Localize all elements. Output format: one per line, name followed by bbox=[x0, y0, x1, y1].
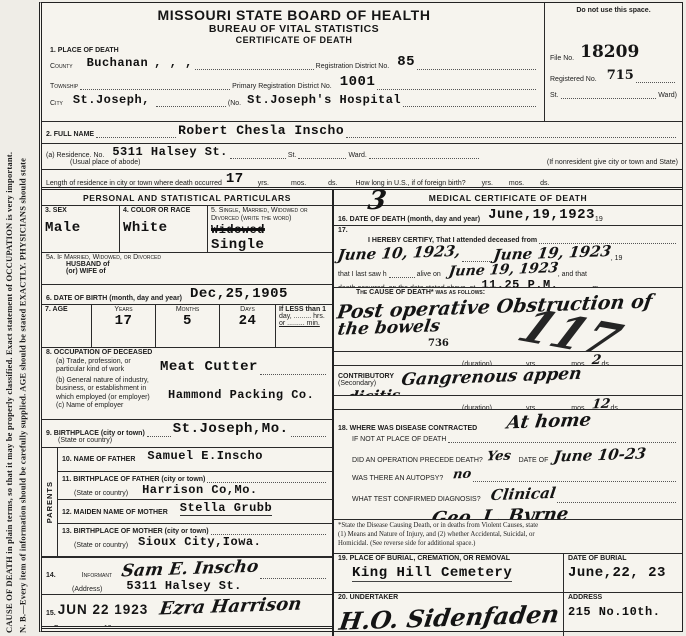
dob-value: Dec,25,1905 bbox=[190, 286, 288, 302]
undertaker-address-label: ADDRESS bbox=[568, 594, 678, 601]
length-ds-label: ds. bbox=[328, 180, 337, 187]
residence-label: (a) Residence. No. bbox=[46, 152, 104, 159]
father-row: 10. NAME OF FATHER Samuel E.Inscho bbox=[58, 448, 332, 472]
file-no-line: File No. 18209 bbox=[550, 42, 677, 62]
township-line: Township Primary Registration District N… bbox=[50, 74, 538, 90]
birthplace-label: 9. BIRTHPLACE (city or town) bbox=[46, 430, 145, 437]
margin-note: N. B.—Every item of information should b… bbox=[1, 0, 37, 636]
title-board: MISSOURI STATE BOARD OF HEALTH bbox=[50, 7, 538, 23]
residence-ward-label: Ward. bbox=[348, 152, 366, 159]
residence-value: 5311 Halsey St. bbox=[112, 145, 228, 159]
dod-row: 16. DATE OF DEATH (month, day and year) … bbox=[334, 206, 682, 226]
mother-bp-value: Sioux City,Iowa. bbox=[138, 535, 261, 549]
header-main: MISSOURI STATE BOARD OF HEALTH BUREAU OF… bbox=[42, 3, 544, 121]
mother-bp-label: 13. BIRTHPLACE OF MOTHER (city or town) bbox=[62, 528, 209, 535]
cause-duration-row: (duration) yrs. mos. 2 ds. bbox=[334, 352, 682, 366]
contributory-duration-row: (duration) yrs. mos. 12 ds. bbox=[334, 396, 682, 410]
marital-cell: 5. Single, Married, Widowed or Divorced … bbox=[208, 206, 332, 252]
father-bp-label: 11. BIRTHPLACE OF FATHER (city or town) bbox=[62, 476, 205, 483]
occ-b-label1: (b) General nature of industry, bbox=[56, 377, 168, 385]
contributory-line2: dicitis bbox=[347, 386, 402, 396]
no-paren-label: (No. bbox=[228, 100, 241, 107]
father-label: 10. NAME OF FATHER bbox=[62, 456, 135, 463]
full-name-value: Robert Chesla Inscho bbox=[178, 123, 344, 138]
occupation-row: 8. OCCUPATION OF DECEASED (a) Trade, pro… bbox=[42, 348, 332, 420]
occ-a-label2: particular kind of work bbox=[56, 366, 160, 374]
if-not-label: IF NOT AT PLACE OF DEATH bbox=[352, 436, 446, 443]
occ-b-label3: which employed (or employer) bbox=[56, 394, 168, 402]
test-value: Clinical bbox=[489, 484, 556, 504]
signed-value: Geo. L. Byrne bbox=[431, 504, 571, 520]
less-line3: or ......... min. bbox=[279, 320, 329, 327]
marital-value: Single bbox=[211, 237, 329, 253]
filed-stamp: JUN 22 1923 bbox=[58, 602, 149, 617]
city-value: St.Joseph, bbox=[73, 93, 150, 107]
medical-column: 3 MEDICAL CERTIFICATE OF DEATH 16. DATE … bbox=[334, 190, 682, 636]
informant-label: Informant bbox=[82, 572, 112, 579]
birthplace-row: 9. BIRTHPLACE (city or town) St.Joseph,M… bbox=[42, 420, 332, 448]
filed-row: 15. JUN 22 1923 Ezra Harrison Filed 19 R… bbox=[42, 595, 332, 629]
occ-b-label2: business, or establishment in bbox=[56, 385, 168, 393]
footnote-line1: *State the Disease Causing Death, or in … bbox=[338, 521, 678, 530]
operation-date-value: June 10-23 bbox=[553, 444, 648, 465]
operation-label: DID AN OPERATION PRECEDE DEATH? bbox=[352, 457, 483, 464]
nonresident-label: (If nonresident give city or town and St… bbox=[547, 159, 678, 166]
m5a-husband-label: HUSBAND of bbox=[66, 261, 328, 268]
dob-row: 6. DATE OF BIRTH (month, day and year) D… bbox=[42, 285, 332, 305]
length-yrs-label: yrs. bbox=[258, 180, 269, 187]
informant-signature: Sam E. Inscho bbox=[120, 557, 260, 581]
dob-label: 6. DATE OF BIRTH (month, day and year) bbox=[46, 295, 182, 302]
do-not-use-label: Do not use this space. bbox=[550, 7, 677, 14]
length-mos-label: mos. bbox=[291, 180, 306, 187]
father-bp-state-label: (State or country) bbox=[74, 490, 128, 497]
undertaker-signature: H.O. Sidenfaden bbox=[337, 599, 561, 636]
city-label: City bbox=[50, 100, 63, 107]
m5a-wife-label: (or) WIFE of bbox=[66, 268, 328, 275]
age-row: 7. AGE Years 17 Months 5 Days 24 bbox=[42, 305, 332, 348]
operation-value: Yes bbox=[486, 449, 512, 465]
attended-from-value: June 10, 1923, bbox=[336, 242, 461, 264]
dod-label: 16. DATE OF DEATH (month, day and year) bbox=[338, 216, 480, 223]
undertaker-address-value: 215 No.10th. bbox=[568, 605, 678, 619]
abode-label: (Usual place of abode) bbox=[70, 159, 140, 166]
filed-no: 15. bbox=[46, 610, 56, 617]
primary-district-value: 1001 bbox=[340, 74, 376, 90]
father-bp-value: Harrison Co,Mo. bbox=[142, 483, 258, 497]
contrib-duration-days-value: 12 bbox=[591, 397, 611, 410]
age-label-cell: 7. AGE bbox=[42, 305, 92, 347]
header-st-label: St. bbox=[550, 92, 559, 99]
do-not-use-box: Do not use this space. File No. 18209 Re… bbox=[544, 3, 682, 121]
less-line1: If LESS than 1 bbox=[279, 306, 329, 313]
race-label: 4. COLOR OR RACE bbox=[123, 207, 204, 214]
county-value: Buchanan bbox=[87, 56, 149, 70]
length-value: 17 bbox=[226, 171, 244, 187]
contributory-row: CONTRIBUTORY (Secondary) Gangrenous appe… bbox=[334, 366, 682, 396]
days-label: Days bbox=[223, 306, 272, 313]
sex-value: Male bbox=[45, 220, 116, 236]
mother-row: 12. MAIDEN NAME OF MOTHER Stella Grubb bbox=[58, 500, 332, 524]
filed-label: Filed bbox=[54, 625, 69, 629]
birthplace-state-label: (State or country) bbox=[58, 437, 328, 444]
marital-struck-value: Widowed bbox=[211, 223, 329, 237]
full-name-label: 2. FULL NAME bbox=[46, 131, 94, 138]
father-value: Samuel E.Inscho bbox=[147, 449, 263, 463]
titles: MISSOURI STATE BOARD OF HEALTH BUREAU OF… bbox=[50, 7, 538, 45]
burial-row: 19. PLACE OF BURIAL, CREMATION, OR REMOV… bbox=[334, 554, 682, 593]
parents-label: PARENTS bbox=[45, 481, 54, 523]
certify-no: 17. bbox=[338, 227, 678, 234]
filed-year-label: 19 bbox=[104, 625, 112, 629]
age-days-value: 24 bbox=[223, 313, 272, 329]
city-line: City St.Joseph, (No. St.Joseph's Hospita… bbox=[50, 93, 538, 107]
informant-no: 14. bbox=[46, 572, 56, 579]
autopsy-label: WAS THERE AN AUTOPSY? bbox=[352, 475, 443, 482]
footnote-row: *State the Disease Causing Death, or in … bbox=[334, 520, 682, 554]
registered-no-label: Registered No. bbox=[550, 76, 597, 83]
race-value: White bbox=[123, 220, 204, 236]
age-months-cell: Months 5 bbox=[156, 305, 220, 347]
death-certificate-page: N. B.—Every item of information should b… bbox=[0, 0, 686, 636]
age-months-value: 5 bbox=[159, 313, 216, 329]
personal-column: PERSONAL AND STATISTICAL PARTICULARS 3. … bbox=[42, 190, 334, 636]
cause-line2: the bowels bbox=[336, 316, 441, 340]
autopsy-value: no bbox=[452, 467, 472, 483]
test-label: WHAT TEST CONFIRMED DIAGNOSIS? bbox=[352, 496, 481, 503]
contracted-label: 18. WHERE WAS DISEASE CONTRACTED bbox=[338, 425, 477, 432]
sex-race-marital-row: 3. SEX Male 4. COLOR OR RACE White 5. Si… bbox=[42, 206, 332, 253]
occ-a-label1: (a) Trade, profession, or bbox=[56, 358, 160, 366]
registration-district-label: Registration District No. bbox=[316, 63, 390, 70]
sex-cell: 3. SEX Male bbox=[42, 206, 120, 252]
marital-label: 5. Single, Married, Widowed or Divorced … bbox=[211, 207, 329, 223]
occ-b-value: Hammond Packing Co. bbox=[168, 388, 314, 402]
date-of-label: DATE OF bbox=[519, 457, 549, 464]
primary-district-label: Primary Registration District No. bbox=[232, 83, 332, 90]
file-no-value: 18209 bbox=[580, 42, 639, 62]
parents-rail: PARENTS bbox=[42, 448, 58, 556]
age-years-cell: Years 17 bbox=[92, 305, 156, 347]
age-years-value: 17 bbox=[95, 313, 152, 329]
county-label: County bbox=[50, 63, 73, 70]
certificate-form: MISSOURI STATE BOARD OF HEALTH BUREAU OF… bbox=[39, 2, 683, 632]
mother-bp-state-label: (State or country) bbox=[74, 542, 128, 549]
occ-a-value: Meat Cutter bbox=[160, 359, 258, 375]
title-certificate: CERTIFICATE OF DEATH bbox=[50, 35, 538, 45]
county-line: County Buchanan , , , Registration Distr… bbox=[50, 54, 538, 70]
years-label: Years bbox=[95, 306, 152, 313]
us-mos-label: mos. bbox=[509, 180, 524, 187]
last-saw-label1: that I last saw h bbox=[338, 271, 387, 278]
title-bureau: BUREAU OF VITAL STATISTICS bbox=[50, 23, 538, 35]
contributory-line1: Gangrenous appen bbox=[400, 366, 583, 390]
mother-value: Stella Grubb bbox=[180, 501, 272, 516]
last-saw-label3: , and that bbox=[558, 271, 587, 278]
m5a-label: 5a. If Married, Widowed, or Divorced bbox=[46, 254, 328, 261]
last-saw-value: June 19, 1923 bbox=[447, 260, 559, 280]
disease-contracted-block: 18. WHERE WAS DISEASE CONTRACTED At home… bbox=[334, 410, 682, 520]
header-ward-label: Ward) bbox=[658, 92, 677, 99]
informant-address-value: 5311 Halsey St. bbox=[126, 579, 242, 593]
us-yrs-label: yrs. bbox=[482, 180, 493, 187]
race-cell: 4. COLOR OR RACE White bbox=[120, 206, 208, 252]
age-days-cell: Days 24 bbox=[220, 305, 276, 347]
months-label: Months bbox=[159, 306, 216, 313]
township-label: Township bbox=[50, 83, 78, 90]
occ-c-label: (c) Name of employer bbox=[56, 402, 328, 409]
death-time-value: 11.25 P.M. bbox=[481, 278, 558, 288]
st-ward-line: St. Ward) bbox=[550, 89, 677, 99]
birthplace-value: St.Joseph,Mo. bbox=[173, 421, 289, 437]
contributory-label: CONTRIBUTORY bbox=[338, 373, 394, 380]
file-no-label: File No. bbox=[550, 55, 574, 62]
attended-year-label: , 19 bbox=[611, 255, 623, 262]
parents-block: PARENTS 10. NAME OF FATHER Samuel E.Insc… bbox=[42, 448, 332, 557]
mother-label: 12. MAIDEN NAME OF MOTHER bbox=[62, 509, 168, 516]
full-name-row: 2. FULL NAME Robert Chesla Inscho bbox=[42, 122, 682, 144]
registrar-signature: Ezra Harrison bbox=[158, 595, 303, 619]
informant-row: 14. Informant Sam E. Inscho (Address) 53… bbox=[42, 557, 332, 595]
registered-no-line: Registered No. 715 bbox=[550, 68, 677, 83]
footnote-line2: (1) Means and Nature of Injury, and (2) … bbox=[338, 530, 678, 539]
residence-st-label: St. bbox=[288, 152, 297, 159]
margin-note-line1: N. B.—Every item of information should b… bbox=[17, 3, 31, 633]
occupation-label: 8. OCCUPATION OF DECEASED bbox=[46, 349, 328, 356]
certify-row: 17. I HEREBY CERTIFY, That I attended de… bbox=[334, 226, 682, 288]
contracted-value: At home bbox=[506, 410, 593, 433]
registration-district-value: 85 bbox=[397, 54, 415, 70]
last-saw-label2: alive on bbox=[417, 271, 441, 278]
age-label: 7. AGE bbox=[45, 306, 88, 313]
length-label: Length of residence in city or town wher… bbox=[46, 180, 222, 187]
less-line2: day, ......... hrs. bbox=[279, 313, 329, 320]
county-marks: , , , bbox=[154, 56, 193, 70]
father-bp-row: 11. BIRTHPLACE OF FATHER (city or town) … bbox=[58, 472, 332, 500]
burial-label: 19. PLACE OF BURIAL, CREMATION, OR REMOV… bbox=[338, 555, 559, 562]
burial-date-value: June,22, 23 bbox=[568, 565, 678, 581]
length-residence-row: Length of residence in city or town wher… bbox=[42, 170, 682, 190]
husband-wife-row: 5a. If Married, Widowed, or Divorced HUS… bbox=[42, 253, 332, 285]
cause-of-death-row: The CAUSE OF DEATH* was as follows: Post… bbox=[334, 288, 682, 352]
dod-year-label: 19 bbox=[595, 216, 603, 223]
header-strip: MISSOURI STATE BOARD OF HEALTH BUREAU OF… bbox=[42, 3, 682, 122]
us-ds-label: ds. bbox=[540, 180, 549, 187]
residence-row: (a) Residence. No. 5311 Halsey St. St. W… bbox=[42, 144, 682, 170]
age-less-cell: If LESS than 1 day, ......... hrs. or ..… bbox=[276, 305, 332, 347]
sex-label: 3. SEX bbox=[45, 207, 116, 214]
footnote-line3: Homicidal. (See reverse side for additio… bbox=[338, 539, 678, 548]
personal-title: PERSONAL AND STATISTICAL PARTICULARS bbox=[42, 190, 332, 206]
burial-value: King Hill Cemetery bbox=[352, 565, 512, 582]
mother-bp-row: 13. BIRTHPLACE OF MOTHER (city or town) … bbox=[58, 524, 332, 552]
informant-address-label: (Address) bbox=[72, 586, 102, 593]
place-of-death-label: 1. PLACE OF DEATH bbox=[50, 47, 538, 54]
institution-value: St.Joseph's Hospital bbox=[247, 93, 401, 107]
burial-date-label: DATE OF BURIAL bbox=[568, 555, 678, 562]
margin-note-line2: CAUSE OF DEATH in plain terms, so that i… bbox=[3, 3, 17, 633]
registered-no-value: 715 bbox=[607, 68, 634, 83]
dod-value: June,19,1923 bbox=[488, 207, 595, 223]
undertaker-row: 20. UNDERTAKER H.O. Sidenfaden ADDRESS 2… bbox=[334, 593, 682, 636]
